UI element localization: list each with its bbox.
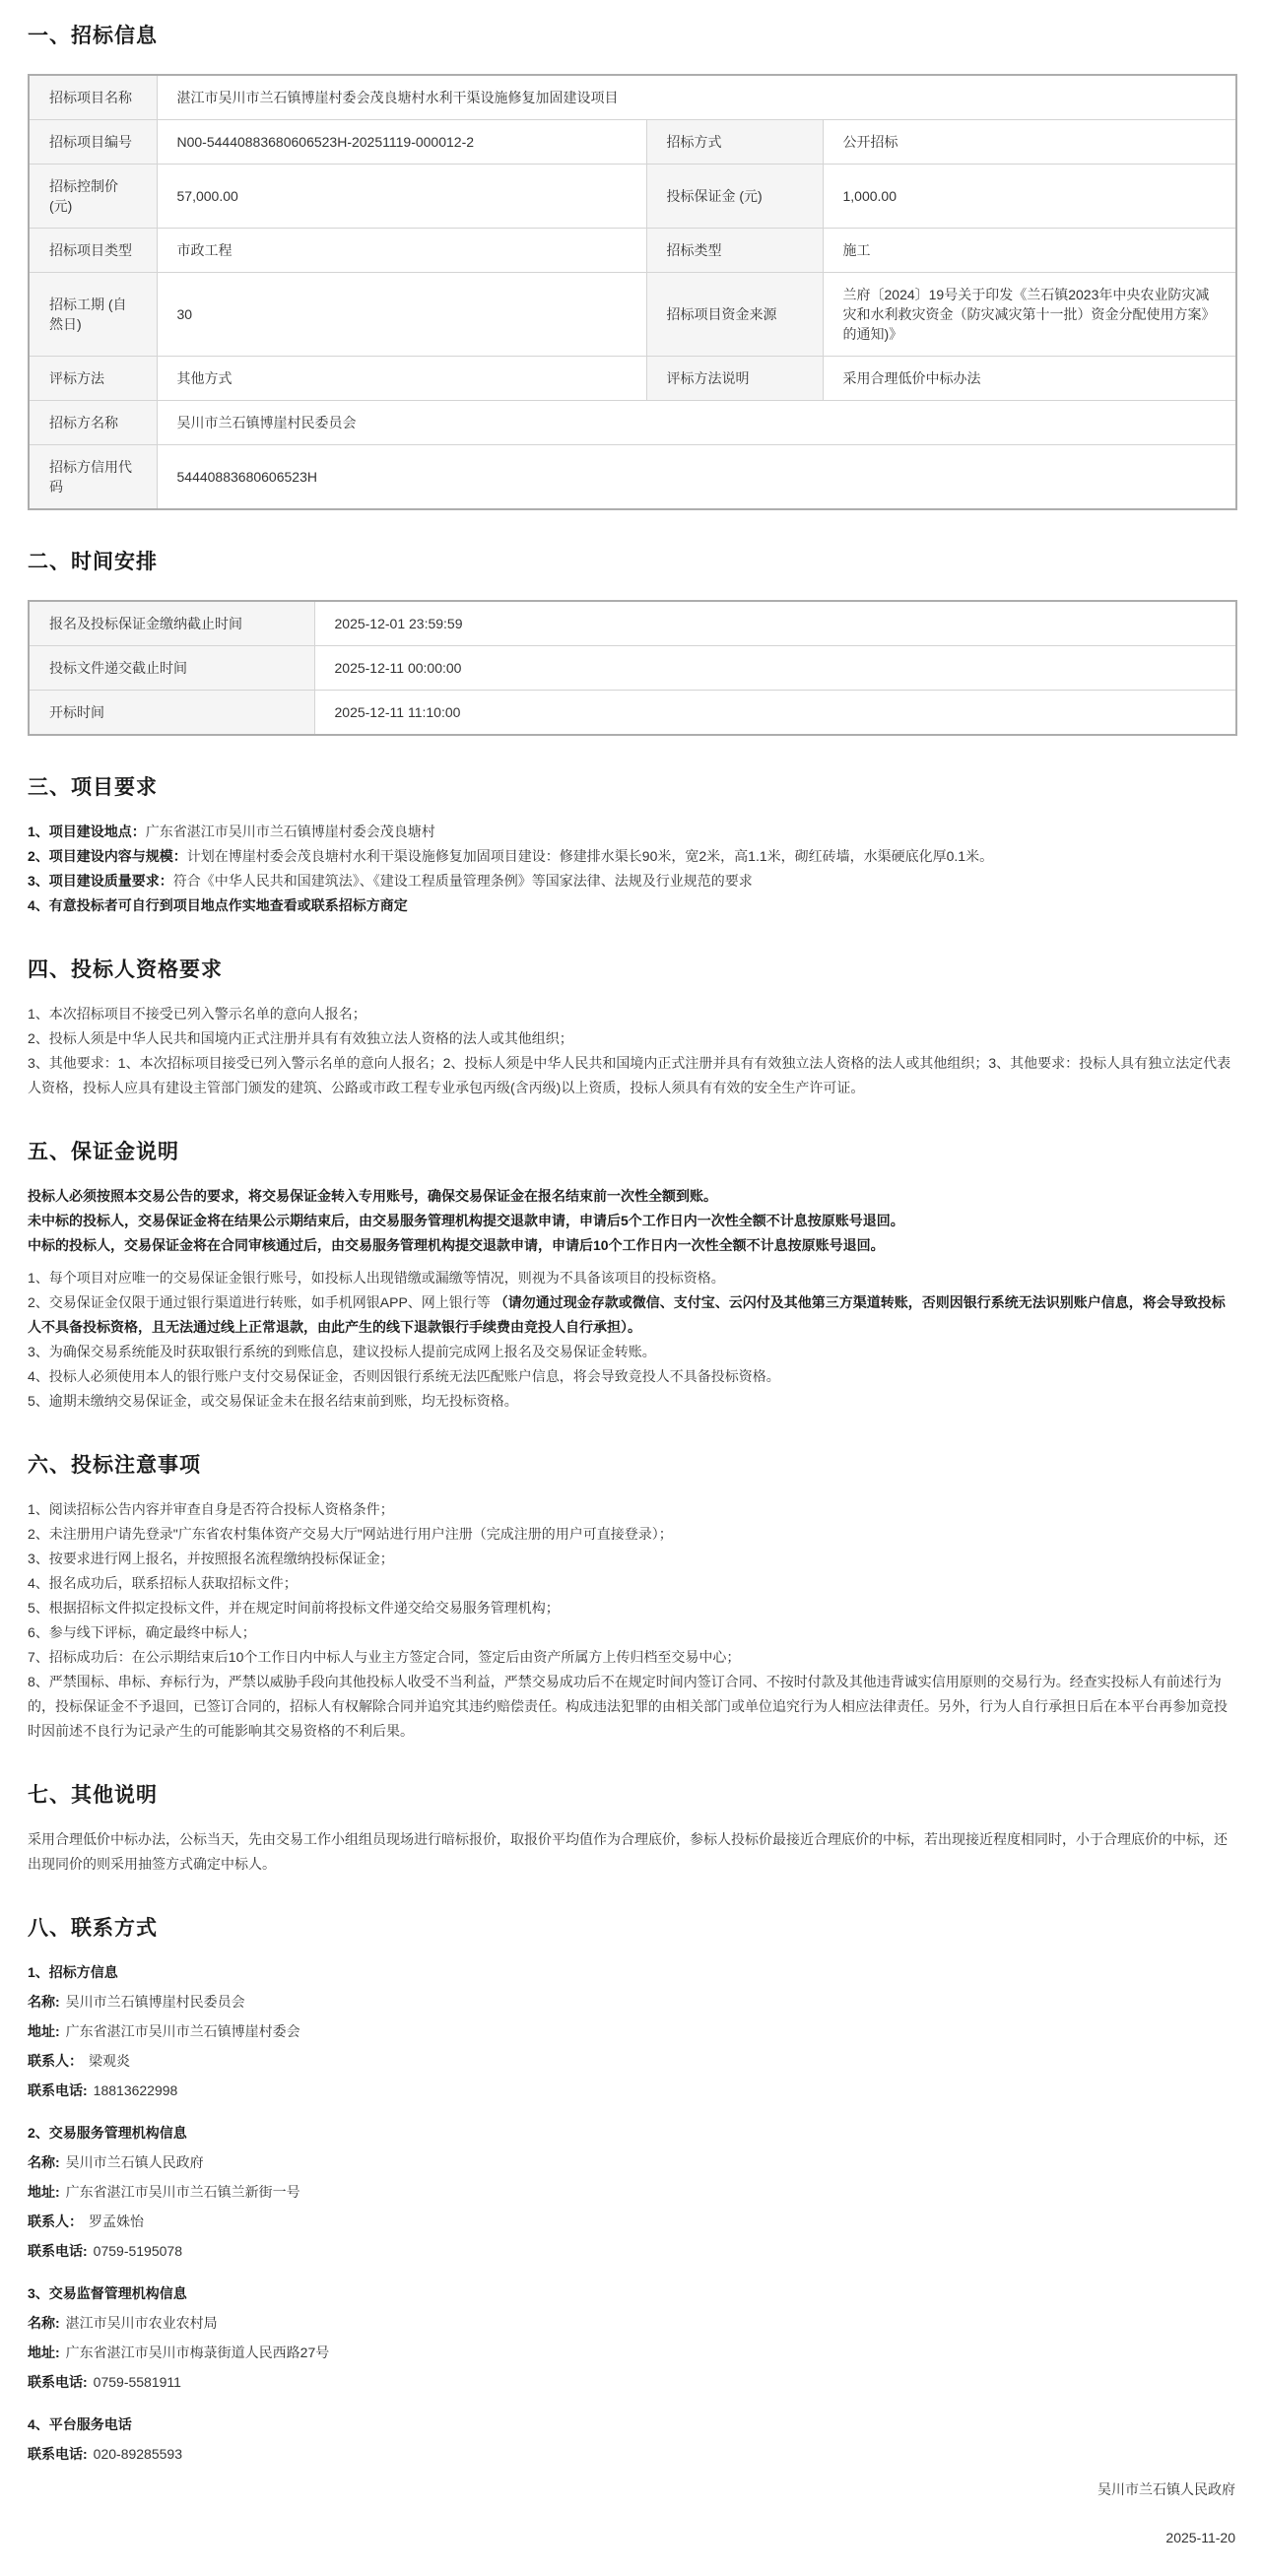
field-label: 联系人：: [28, 2213, 83, 2229]
item-text: 计划在博崖村委会茂良塘村水利干渠设施修复加固项目建设：修建排水渠长90米，宽2米…: [187, 848, 993, 864]
contact-group-title: 2、交易服务管理机构信息: [28, 2121, 1235, 2146]
qualification-list: 1、本次招标项目不接受已列入警示名单的意向人报名； 2、投标人须是中华人民共和国…: [28, 1002, 1235, 1100]
cell-value: 湛江市吴川市兰石镇博崖村委会茂良塘村水利干渠设施修复加固建设项目: [157, 75, 1236, 120]
item-text: 2、交易保证金仅限于通过银行渠道进行转账，如手机网银APP、网上银行等: [28, 1294, 495, 1310]
contact-field: 地址:广东省湛江市吴川市兰石镇博崖村委会: [28, 2019, 1235, 2044]
section-title-notes: 六、投标注意事项: [28, 1453, 1235, 1478]
field-value: 18813622998: [94, 2082, 178, 2098]
section-title-requirements: 三、项目要求: [28, 775, 1235, 800]
deposit-intro: 投标人必须按照本交易公告的要求，将交易保证金转入专用账号，确保交易保证金在报名结…: [28, 1184, 1235, 1258]
item-bold-label: 3、项目建设质量要求：: [28, 873, 173, 889]
cell-label: 招标方信用代码: [29, 445, 157, 510]
other-paragraph: 采用合理低价中标办法，公标当天，先由交易工作小组组员现场进行暗标报价，取报价平均…: [28, 1827, 1235, 1877]
section-title-tender-info: 一、招标信息: [28, 24, 1235, 48]
field-value: 0759-5581911: [94, 2374, 181, 2390]
cell-value: 2025-12-01 23:59:59: [314, 601, 1236, 646]
table-row-project-number: 招标项目编号 N00-54440883680606523H-20251119-0…: [29, 120, 1236, 165]
list-item: 3、其他要求：1、本次招标项目接受已列入警示名单的意向人报名；2、投标人须是中华…: [28, 1051, 1235, 1100]
item-text: 1、阅读招标公告内容并审查自身是否符合投标人资格条件；: [28, 1501, 394, 1517]
item-text: 广东省湛江市吴川市兰石镇博崖村委会茂良塘村: [146, 824, 435, 839]
list-item: 4、投标人必须使用本人的银行账户支付交易保证金，否则因银行系统无法匹配账户信息，…: [28, 1364, 1235, 1389]
section-title-schedule: 二、时间安排: [28, 550, 1235, 574]
list-item: 7、招标成功后：在公示期结束后10个工作日内中标人与业主方签定合同，签定后由资产…: [28, 1645, 1235, 1670]
cell-value: 公开招标: [823, 120, 1236, 165]
contact-group-platform-phone: 4、平台服务电话 联系电话:020-89285593: [28, 2412, 1235, 2467]
cell-value: 吴川市兰石镇博崖村民委员会: [157, 401, 1236, 445]
section-title-other: 七、其他说明: [28, 1783, 1235, 1808]
cell-label: 投标保证金 (元): [646, 165, 823, 229]
requirements-list: 1、项目建设地点：广东省湛江市吴川市兰石镇博崖村委会茂良塘村 2、项目建设内容与…: [28, 820, 1235, 918]
contact-group-supervision-agency: 3、交易监督管理机构信息 名称:湛江市吴川市农业农村局 地址:广东省湛江市吴川市…: [28, 2281, 1235, 2395]
deposit-intro-line: 投标人必须按照本交易公告的要求，将交易保证金转入专用账号，确保交易保证金在报名结…: [28, 1184, 1235, 1209]
field-value: 吴川市兰石镇博崖村民委员会: [66, 1994, 245, 2010]
contact-group-service-agency: 2、交易服务管理机构信息 名称:吴川市兰石镇人民政府 地址:广东省湛江市吴川市兰…: [28, 2121, 1235, 2264]
contact-field: 联系电话:0759-5581911: [28, 2370, 1235, 2395]
cell-value: 采用合理低价中标办法: [823, 357, 1236, 401]
contact-field: 联系电话:0759-5195078: [28, 2239, 1235, 2264]
table-row-credit-code: 招标方信用代码 54440883680606523H: [29, 445, 1236, 510]
field-value: 梁观炎: [89, 2053, 130, 2069]
cell-value: 2025-12-11 00:00:00: [314, 646, 1236, 691]
cell-label: 招标项目编号: [29, 120, 157, 165]
item-text: 6、参与线下评标，确定最终中标人；: [28, 1624, 256, 1640]
item-text: 4、投标人必须使用本人的银行账户支付交易保证金，否则因银行系统无法匹配账户信息，…: [28, 1368, 780, 1384]
cell-value: 施工: [823, 229, 1236, 273]
contact-field: 联系电话:020-89285593: [28, 2442, 1235, 2467]
contact-group-tenderer: 1、招标方信息 名称:吴川市兰石镇博崖村民委员会 地址:广东省湛江市吴川市兰石镇…: [28, 1960, 1235, 2103]
item-text: 2、投标人须是中华人民共和国境内正式注册并具有有效独立法人资格的法人或其他组织；: [28, 1030, 573, 1046]
cell-label: 开标时间: [29, 691, 314, 736]
field-label: 名称:: [28, 1994, 60, 2010]
field-value: 020-89285593: [94, 2446, 182, 2462]
table-row-project-type: 招标项目类型 市政工程 招标类型 施工: [29, 229, 1236, 273]
table-row-evaluation-method: 评标方法 其他方式 评标方法说明 采用合理低价中标办法: [29, 357, 1236, 401]
list-item: 6、参与线下评标，确定最终中标人；: [28, 1620, 1235, 1645]
cell-label: 招标项目类型: [29, 229, 157, 273]
cell-label: 投标文件递交截止时间: [29, 646, 314, 691]
item-text: 3、按要求进行网上报名，并按照报名流程缴纳投标保证金；: [28, 1551, 394, 1566]
contact-field: 联系人：罗孟姝怡: [28, 2210, 1235, 2234]
cell-label: 招标项目资金来源: [646, 273, 823, 357]
list-item: 2、未注册用户请先登录"广东省农村集体资产交易大厅"网站进行用户注册（完成注册的…: [28, 1522, 1235, 1547]
cell-value: 市政工程: [157, 229, 646, 273]
list-item: 3、按要求进行网上报名，并按照报名流程缴纳投标保证金；: [28, 1547, 1235, 1571]
field-value: 0759-5195078: [94, 2243, 182, 2259]
list-item: 3、为确保交易系统能及时获取银行系统的到账信息，建议投标人提前完成网上报名及交易…: [28, 1340, 1235, 1364]
field-label: 名称:: [28, 2154, 60, 2170]
list-item: 1、本次招标项目不接受已列入警示名单的意向人报名；: [28, 1002, 1235, 1026]
contact-field: 地址:广东省湛江市吴川市梅菉街道人民西路27号: [28, 2341, 1235, 2365]
cell-label: 招标类型: [646, 229, 823, 273]
list-item: 2、交易保证金仅限于通过银行渠道进行转账，如手机网银APP、网上银行等 （请勿通…: [28, 1290, 1235, 1340]
contact-field: 联系电话:18813622998: [28, 2079, 1235, 2103]
table-row-duration-funding: 招标工期 (自然日) 30 招标项目资金来源 兰府〔2024〕19号关于印发《兰…: [29, 273, 1236, 357]
cell-label: 招标项目名称: [29, 75, 157, 120]
contact-field: 名称:吴川市兰石镇人民政府: [28, 2150, 1235, 2175]
item-bold-label: 2、项目建设内容与规模：: [28, 848, 187, 864]
contact-field: 联系人：梁观炎: [28, 2049, 1235, 2074]
field-label: 联系人：: [28, 2053, 83, 2069]
cell-value: 30: [157, 273, 646, 357]
field-value: 广东省湛江市吴川市兰石镇博崖村委会: [66, 2023, 300, 2039]
list-item: 3、项目建设质量要求：符合《中华人民共和国建筑法》、《建设工程质量管理条例》等国…: [28, 869, 1235, 893]
cell-value: 其他方式: [157, 357, 646, 401]
field-label: 地址:: [28, 2023, 60, 2039]
item-text: 8、严禁围标、串标、弃标行为，严禁以威胁手段向其他投标人收受不当利益，严禁交易成…: [28, 1674, 1228, 1739]
deposit-intro-line: 中标的投标人，交易保证金将在合同审核通过后，由交易服务管理机构提交退款申请，申请…: [28, 1233, 1235, 1258]
item-text: 1、每个项目对应唯一的交易保证金银行账号，如投标人出现错缴或漏缴等情况，则视为不…: [28, 1270, 725, 1286]
cell-value: 兰府〔2024〕19号关于印发《兰石镇2023年中央农业防灾减灾和水利救灾资金（…: [823, 273, 1236, 357]
list-item: 4、有意投标者可自行到项目地点作实地查看或联系招标方商定: [28, 893, 1235, 918]
list-item: 5、逾期未缴纳交易保证金，或交易保证金未在报名结束前到账，均无投标资格。: [28, 1389, 1235, 1414]
field-value: 吴川市兰石镇人民政府: [66, 2154, 204, 2170]
tender-announcement-page: 一、招标信息 招标项目名称 湛江市吴川市兰石镇博崖村委会茂良塘村水利干渠设施修复…: [0, 0, 1263, 2576]
schedule-table: 报名及投标保证金缴纳截止时间 2025-12-01 23:59:59 投标文件递…: [28, 600, 1237, 736]
table-row-control-price: 招标控制价 (元) 57,000.00 投标保证金 (元) 1,000.00: [29, 165, 1236, 229]
field-label: 联系电话:: [28, 2082, 88, 2098]
item-bold-label: 4、有意投标者可自行到项目地点作实地查看或联系招标方商定: [28, 897, 408, 913]
contact-group-title: 3、交易监督管理机构信息: [28, 2281, 1235, 2306]
contacts-block: 1、招标方信息 名称:吴川市兰石镇博崖村民委员会 地址:广东省湛江市吴川市兰石镇…: [28, 1960, 1235, 2472]
field-label: 联系电话:: [28, 2446, 88, 2462]
cell-value: N00-54440883680606523H-20251119-000012-2: [157, 120, 646, 165]
deposit-list: 1、每个项目对应唯一的交易保证金银行账号，如投标人出现错缴或漏缴等情况，则视为不…: [28, 1266, 1235, 1414]
field-label: 地址:: [28, 2184, 60, 2200]
cell-label: 评标方法: [29, 357, 157, 401]
section-title-contacts: 八、联系方式: [28, 1916, 1235, 1941]
field-value: 罗孟姝怡: [89, 2213, 144, 2229]
section-title-qualification: 四、投标人资格要求: [28, 958, 1235, 982]
footer-date: 2025-11-20: [28, 2526, 1235, 2550]
table-row-bid-doc-deadline: 投标文件递交截止时间 2025-12-11 00:00:00: [29, 646, 1236, 691]
item-text: 4、报名成功后，联系招标人获取招标文件；: [28, 1575, 298, 1591]
table-row-project-name: 招标项目名称 湛江市吴川市兰石镇博崖村委会茂良塘村水利干渠设施修复加固建设项目: [29, 75, 1236, 120]
item-text: 3、为确保交易系统能及时获取银行系统的到账信息，建议投标人提前完成网上报名及交易…: [28, 1344, 656, 1359]
field-label: 联系电话:: [28, 2374, 88, 2390]
cell-label: 招标工期 (自然日): [29, 273, 157, 357]
section-title-deposit: 五、保证金说明: [28, 1140, 1235, 1164]
item-text: 3、其他要求：1、本次招标项目接受已列入警示名单的意向人报名；2、投标人须是中华…: [28, 1055, 1230, 1095]
cell-label: 招标方名称: [29, 401, 157, 445]
footer-issuer: 吴川市兰石镇人民政府: [28, 2477, 1235, 2502]
field-value: 湛江市吴川市农业农村局: [66, 2315, 218, 2331]
contact-field: 地址:广东省湛江市吴川市兰石镇兰新街一号: [28, 2180, 1235, 2205]
item-text: 7、招标成功后：在公示期结束后10个工作日内中标人与业主方签定合同，签定后由资产…: [28, 1649, 740, 1665]
deposit-intro-line: 未中标的投标人，交易保证金将在结果公示期结束后，由交易服务管理机构提交退款申请，…: [28, 1209, 1235, 1233]
notes-list: 1、阅读招标公告内容并审查自身是否符合投标人资格条件； 2、未注册用户请先登录"…: [28, 1497, 1235, 1744]
cell-value: 1,000.00: [823, 165, 1236, 229]
table-row-signup-deadline: 报名及投标保证金缴纳截止时间 2025-12-01 23:59:59: [29, 601, 1236, 646]
item-text: 符合《中华人民共和国建筑法》、《建设工程质量管理条例》等国家法律、法规及行业规范…: [173, 873, 753, 889]
contact-group-title: 1、招标方信息: [28, 1960, 1235, 1985]
cell-label: 评标方法说明: [646, 357, 823, 401]
list-item: 1、每个项目对应唯一的交易保证金银行账号，如投标人出现错缴或漏缴等情况，则视为不…: [28, 1266, 1235, 1290]
list-item: 2、投标人须是中华人民共和国境内正式注册并具有有效独立法人资格的法人或其他组织；: [28, 1026, 1235, 1051]
cell-label: 招标方式: [646, 120, 823, 165]
contact-field: 名称:湛江市吴川市农业农村局: [28, 2311, 1235, 2336]
cell-value: 57,000.00: [157, 165, 646, 229]
contact-field: 名称:吴川市兰石镇博崖村民委员会: [28, 1990, 1235, 2015]
item-text: 2、未注册用户请先登录"广东省农村集体资产交易大厅"网站进行用户注册（完成注册的…: [28, 1526, 673, 1542]
field-label: 名称:: [28, 2315, 60, 2331]
item-text: 5、逾期未缴纳交易保证金，或交易保证金未在报名结束前到账，均无投标资格。: [28, 1393, 518, 1409]
cell-value: 54440883680606523H: [157, 445, 1236, 510]
item-text: 1、本次招标项目不接受已列入警示名单的意向人报名；: [28, 1006, 366, 1022]
field-value: 广东省湛江市吴川市梅菉街道人民西路27号: [66, 2345, 330, 2360]
list-item: 1、项目建设地点：广东省湛江市吴川市兰石镇博崖村委会茂良塘村: [28, 820, 1235, 844]
contact-group-title: 4、平台服务电话: [28, 2412, 1235, 2437]
list-item: 5、根据招标文件拟定投标文件，并在规定时间前将投标文件递交给交易服务管理机构；: [28, 1596, 1235, 1620]
cell-value: 2025-12-11 11:10:00: [314, 691, 1236, 736]
cell-label: 招标控制价 (元): [29, 165, 157, 229]
list-item: 8、严禁围标、串标、弃标行为，严禁以威胁手段向其他投标人收受不当利益，严禁交易成…: [28, 1670, 1235, 1744]
item-text: 5、根据招标文件拟定投标文件，并在规定时间前将投标文件递交给交易服务管理机构；: [28, 1600, 560, 1616]
footer: 吴川市兰石镇人民政府 2025-11-20: [28, 2477, 1235, 2558]
cell-label: 报名及投标保证金缴纳截止时间: [29, 601, 314, 646]
field-label: 联系电话:: [28, 2243, 88, 2259]
tender-info-table: 招标项目名称 湛江市吴川市兰石镇博崖村委会茂良塘村水利干渠设施修复加固建设项目 …: [28, 74, 1237, 510]
list-item: 2、项目建设内容与规模：计划在博崖村委会茂良塘村水利干渠设施修复加固项目建设：修…: [28, 844, 1235, 869]
list-item: 4、报名成功后，联系招标人获取招标文件；: [28, 1571, 1235, 1596]
field-label: 地址:: [28, 2345, 60, 2360]
field-value: 广东省湛江市吴川市兰石镇兰新街一号: [66, 2184, 300, 2200]
table-row-tenderer-name: 招标方名称 吴川市兰石镇博崖村民委员会: [29, 401, 1236, 445]
list-item: 1、阅读招标公告内容并审查自身是否符合投标人资格条件；: [28, 1497, 1235, 1522]
table-row-bid-opening-time: 开标时间 2025-12-11 11:10:00: [29, 691, 1236, 736]
item-bold-label: 1、项目建设地点：: [28, 824, 146, 839]
